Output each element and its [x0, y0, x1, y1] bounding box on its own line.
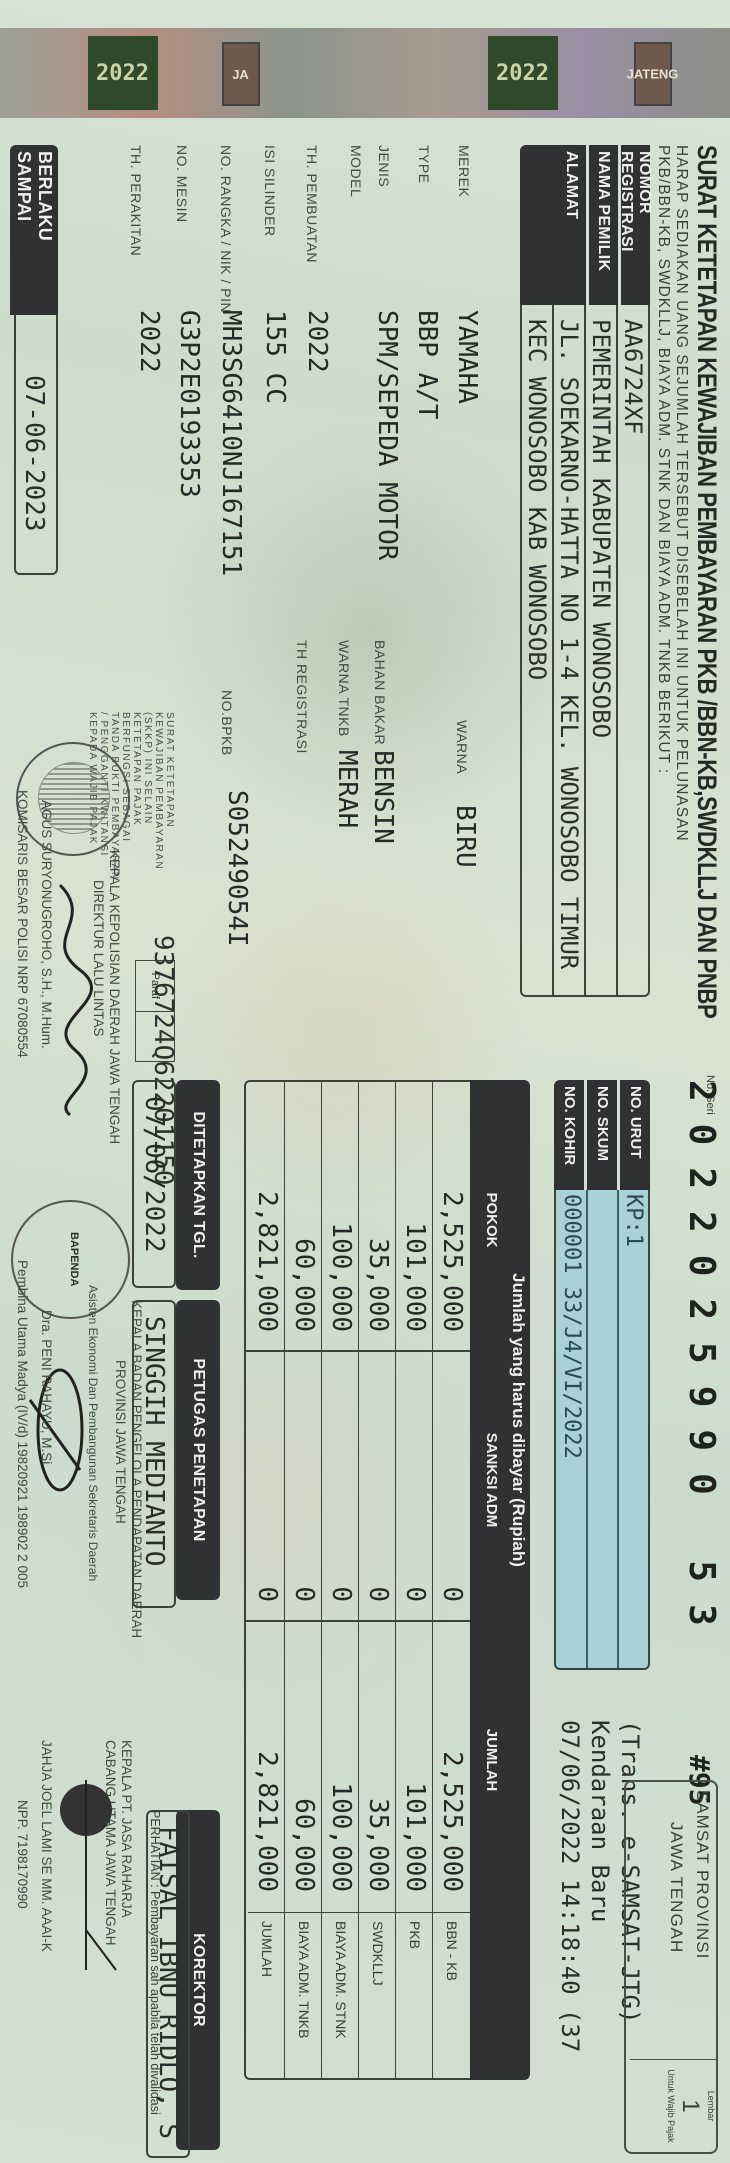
police-stamp-icon	[16, 742, 130, 856]
payment-row: 101,000 0 101,000 PKB	[395, 1082, 433, 2078]
skum-value	[586, 1190, 617, 1668]
document-instruction-line-1: HARAP SEDIAKAN UANG SEJUMLAH TERSEBUT DI…	[672, 145, 690, 842]
owner-name: PEMERINTAH KABUPATEN WONOSOBO	[584, 305, 616, 995]
hologram-year-2: 2022	[88, 36, 158, 110]
address-line-2: KEC WONOSOBO KAB WONOSOBO	[522, 305, 552, 995]
model-label: MODEL	[348, 145, 364, 197]
bapenda-signatory-name: Dra. PENI RAHAYU, M.Si	[39, 1310, 54, 1464]
petugas-name: SINGGIH MEDIANTO	[132, 1300, 176, 1608]
police-signatory-name: AGUS SURYONUGROHO, S.H., M.Hum.	[39, 800, 54, 1049]
document-title: SURAT KETETAPAN KEWAJIBAN PEMBAYARAN PKB…	[691, 145, 722, 1018]
payment-row: 2,525,000 0 2,525,000 BBN - KB	[432, 1082, 470, 2078]
tax-receipt-document: JATENG 2022 JA 2022 SURAT KETETAPAN KEWA…	[0, 0, 730, 2163]
address-line-1: JL. SOEKARNO-HATTA NO 1-4 KEL. WONOSOBO …	[552, 305, 584, 995]
payment-heading: Jumlah yang harus dibayar (Rupiah)	[508, 1080, 528, 1760]
validity-date: 07-06-2023	[14, 315, 58, 575]
col-pokok: POKOK	[483, 1100, 500, 1340]
hologram-security-strip: JATENG 2022 JA 2022	[0, 28, 730, 118]
validation-notice: PERHATIAN : Pembayaran sah apabila telah…	[148, 1810, 162, 2115]
lembar-number: 1	[676, 2060, 704, 2152]
payment-total-row: 2,821,000 0 2,821,000 JUMLAH	[248, 1082, 285, 2078]
transaction-timestamp: 07/06/2022 14:18:40 (37	[556, 1720, 584, 2052]
col-jumlah: JUMLAH	[483, 1640, 500, 1880]
ditetapkan-date: 07/06/2022	[132, 1080, 176, 1288]
isi-silinder-label: ISI SILINDER	[262, 145, 278, 237]
warna-label: WARNA	[454, 720, 470, 774]
registration-number: AA6724XF	[616, 305, 648, 995]
lembar-label: Lembar	[706, 2091, 716, 2122]
bahan-bakar-label: BAHAN BAKAR	[372, 640, 388, 745]
urut-value: KP:1	[617, 1190, 648, 1668]
jenis-value: SPM/SEPEDA MOTOR	[372, 310, 402, 560]
no-mesin-value: G3P2E0193353	[174, 310, 204, 498]
urut-label: NO. URUT	[617, 1080, 650, 1190]
warna-tnkb-label: WARNA TNKB	[336, 640, 352, 737]
no-rangka-value: MH3SG6410NJ167151	[216, 310, 246, 576]
registration-label: NOMOR REGISTRASI	[618, 145, 650, 305]
serial-number: 2022025990 53	[681, 1080, 722, 1648]
receipt-numbers-box: NO. URUT NO. SKUM NO. KOHIR KP:1 000001 …	[554, 1080, 650, 1710]
petugas-box: PETUGAS PENETAPAN	[176, 1300, 220, 1600]
jasaraharja-logo-signature-icon	[46, 1770, 126, 1990]
merek-label: MEREK	[456, 145, 472, 197]
vehicle-status: Kendaraan Baru	[586, 1720, 614, 1922]
owner-info-box: NOMOR REGISTRASI NAMA PEMILIK ALAMAT AA6…	[520, 145, 650, 995]
th-pembuatan-label: TH. PEMBUATAN	[304, 145, 320, 263]
isi-silinder-value: 155 CC	[260, 310, 290, 404]
hologram-region-tag: JATENG	[634, 42, 672, 106]
jenis-label: JENIS	[376, 145, 392, 187]
th-perakitan-value: 2022	[134, 310, 164, 373]
bapenda-title-2: PROVINSI JAWA TENGAH	[113, 1360, 128, 1524]
kohir-value: 000001 33/J4/VI/2022	[557, 1190, 586, 1668]
police-signatory-rank: KOMISARIS BESAR POLISI NRP 67080554	[15, 790, 30, 1058]
police-title-1: KEPALA KEPOLISIAN DAERAH JAWA TENGAH	[107, 850, 122, 1144]
th-pembuatan-value: 2022	[302, 310, 332, 373]
col-sanksi: SANKSI ADM	[483, 1360, 500, 1600]
petugas-label: PETUGAS PENETAPAN	[176, 1300, 220, 1600]
payment-row: 100,000 0 100,000 BIAYA ADM. STNK	[321, 1082, 359, 2078]
ditetapkan-label: DITETAPKAN TGL.	[176, 1080, 220, 1290]
samsat-line-2: JAWA TENGAH	[666, 1822, 686, 1953]
skum-label: NO. SKUM	[584, 1080, 617, 1190]
warna-value: BIRU	[450, 805, 480, 868]
bahan-bakar-value: BENSIN	[368, 750, 398, 844]
jasaraharja-signatory-name: JAHJA JOEL LAMI SE MM. AAAI-K	[39, 1740, 54, 1952]
th-perakitan-label: TH. PERAKITAN	[128, 145, 144, 256]
kohir-label: NO. KOHIR	[554, 1080, 584, 1190]
owner-name-label: NAMA PEMILIK	[586, 145, 618, 305]
ditetapkan-box: DITETAPKAN TGL.	[176, 1080, 220, 1290]
samsat-box: SAMSAT PROVINSI JAWA TENGAH Lembar 1 Unt…	[624, 1780, 718, 2154]
address-label: ALAMAT	[526, 145, 586, 305]
type-value: BBP A/T	[412, 310, 442, 420]
merek-value: YAMAHA	[452, 310, 482, 404]
hologram-region-tag-2: JA	[222, 42, 260, 106]
warna-tnkb-value: MERAH	[332, 750, 362, 828]
type-label: TYPE	[416, 145, 432, 184]
no-mesin-label: NO. MESIN	[174, 145, 190, 223]
bapenda-signatory-rank: Pembina Utama Madya (IV/d) 19820921 1989…	[15, 1260, 30, 1588]
no-bpkb-label: NO.BPKB	[219, 690, 235, 756]
payment-table: Jumlah yang harus dibayar (Rupiah) POKOK…	[230, 1080, 530, 2080]
no-bpkb-value: S05249054I	[222, 790, 252, 947]
lembar-caption: Untuk Wajib Pajak	[666, 2069, 676, 2142]
validity-label: BERLAKU SAMPAI	[10, 145, 58, 315]
bapenda-signature-icon	[20, 1360, 90, 1510]
lembar-box: Lembar 1 Untuk Wajib Pajak	[630, 2059, 716, 2152]
payment-row: 60,000 0 60,000 BIAYA ADM. TNKB	[284, 1082, 322, 2078]
hologram-year: 2022	[488, 36, 558, 110]
document-instruction-line-2: PKB/BBN-KB, SWDKLLJ, BIAYA ADM. STNK DAN…	[654, 145, 672, 774]
th-registrasi-label: TH REGISTRASI	[294, 640, 310, 754]
jasaraharja-signatory-rank: NPP. 7198170990	[15, 1800, 30, 1909]
payment-row: 35,000 0 35,000 SWDKLLJ	[358, 1082, 396, 2078]
no-rangka-label: NO. RANGKA / NIK / PIN	[218, 145, 234, 313]
samsat-line-1: SAMSAT PROVINSI	[692, 1790, 712, 1959]
